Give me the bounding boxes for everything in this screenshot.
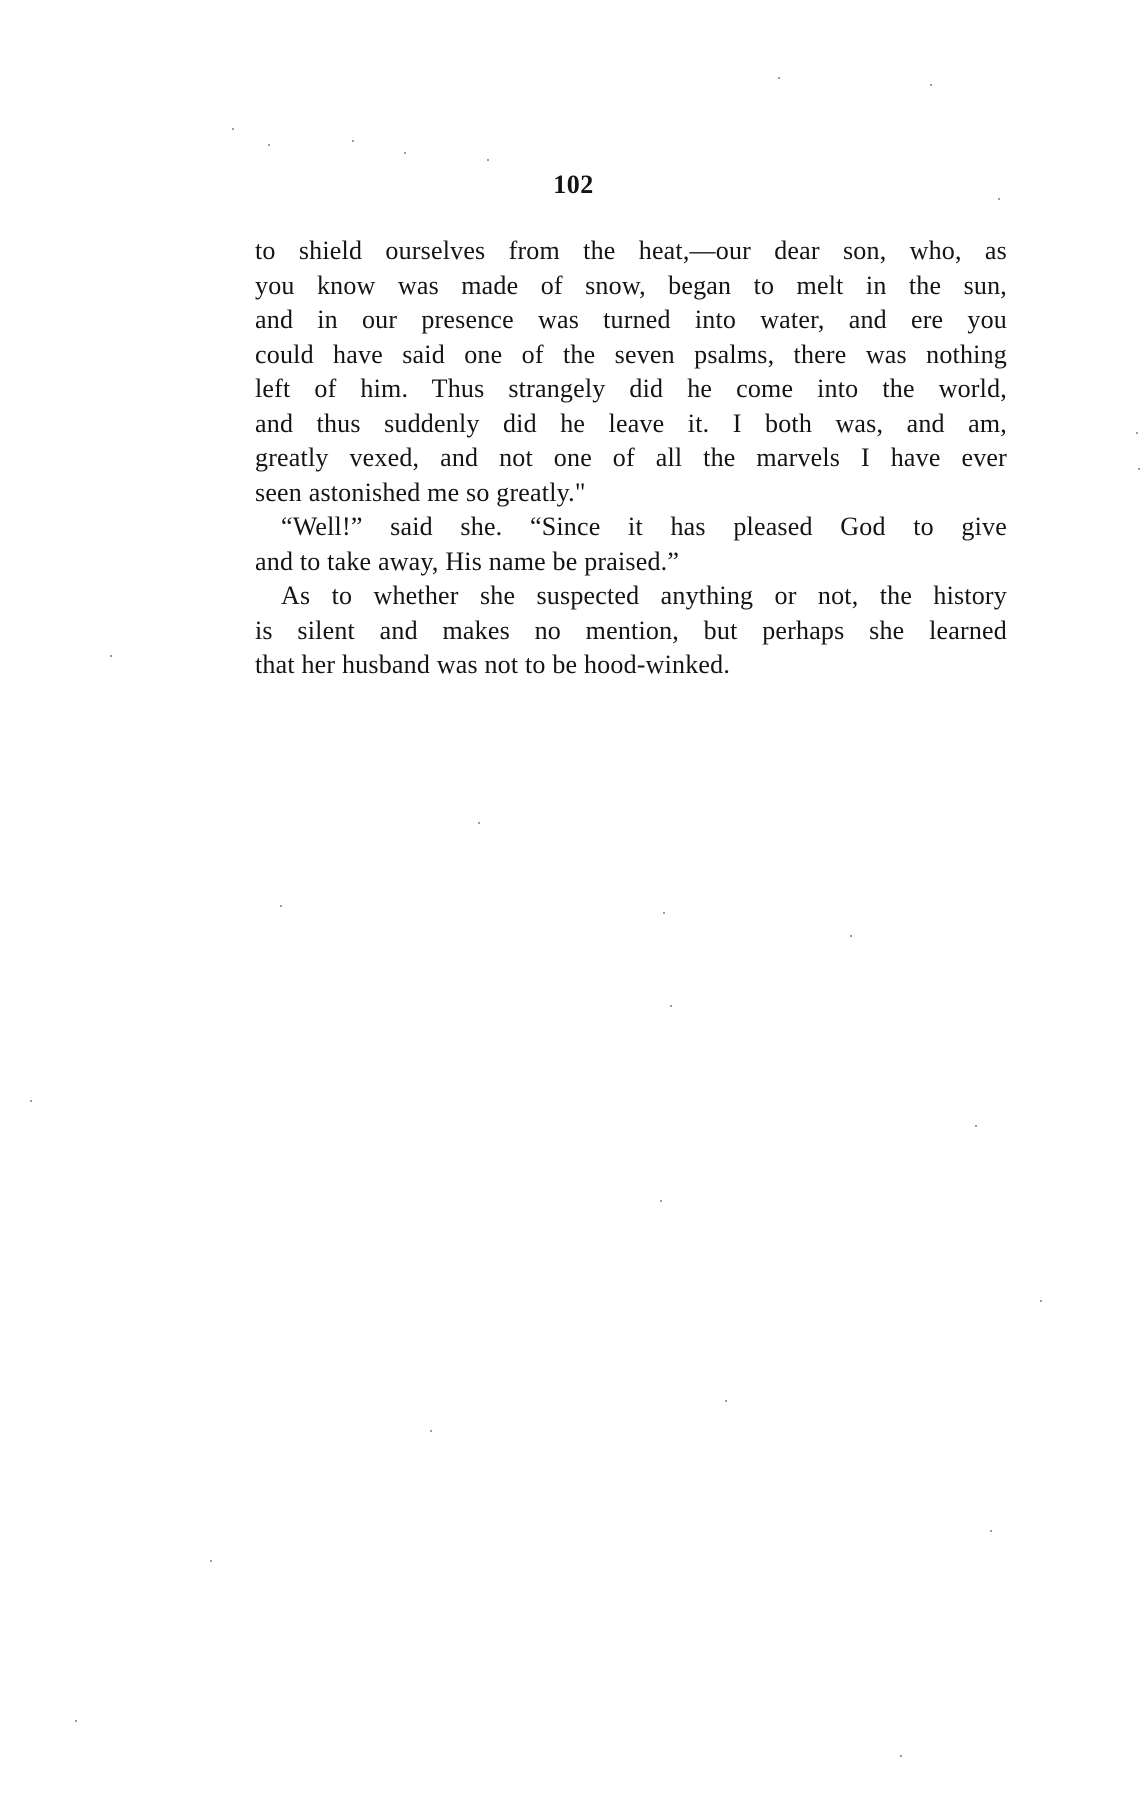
- speck: [487, 159, 489, 161]
- body-text: to shield ourselves from the heat,—our d…: [255, 234, 1007, 683]
- speck: [778, 77, 780, 79]
- text-line: is silent and makes no mention, but perh…: [255, 614, 1007, 649]
- speck: [670, 1005, 672, 1007]
- speck: [930, 84, 932, 86]
- paragraph-2: “Well!” said she. “Since it has pleased …: [255, 510, 1007, 579]
- speck: [430, 1430, 432, 1432]
- speck: [268, 144, 270, 146]
- speck: [900, 1755, 902, 1757]
- paragraph-1: to shield ourselves from the heat,—our d…: [255, 234, 1007, 510]
- speck: [663, 912, 665, 914]
- book-page: 102 to shield ourselves from the heat,—o…: [0, 0, 1147, 1793]
- speck: [1040, 1300, 1042, 1302]
- paragraph-3: As to whether she suspected anything or …: [255, 579, 1007, 683]
- text-line: could have said one of the seven psalms,…: [255, 338, 1007, 373]
- speck: [990, 1530, 992, 1532]
- speck: [998, 198, 1000, 200]
- speck: [1136, 432, 1138, 434]
- speck: [478, 822, 480, 824]
- speck: [404, 152, 406, 154]
- text-line: greatly vexed, and not one of all the ma…: [255, 441, 1007, 476]
- speck: [280, 905, 282, 907]
- text-line: you know was made of snow, began to melt…: [255, 269, 1007, 304]
- text-line: and to take away, His name be praised.”: [255, 545, 1007, 580]
- text-line: that her husband was not to be hood-wink…: [255, 648, 1007, 683]
- speck: [352, 140, 354, 142]
- speck: [110, 655, 112, 657]
- speck: [660, 1200, 662, 1202]
- speck: [30, 1100, 32, 1102]
- text-line: to shield ourselves from the heat,—our d…: [255, 234, 1007, 269]
- text-line: left of him. Thus strangely did he come …: [255, 372, 1007, 407]
- text-line: and thus suddenly did he leave it. I bot…: [255, 407, 1007, 442]
- speck: [975, 1125, 977, 1127]
- speck: [1138, 468, 1140, 470]
- text-line: “Well!” said she. “Since it has pleased …: [255, 510, 1007, 545]
- speck: [75, 1720, 77, 1722]
- speck: [725, 1400, 727, 1402]
- text-line: As to whether she suspected anything or …: [255, 579, 1007, 614]
- speck: [850, 935, 852, 937]
- page-number: 102: [0, 170, 1147, 200]
- text-line: and in our presence was turned into wate…: [255, 303, 1007, 338]
- speck: [210, 1560, 212, 1562]
- text-line: seen astonished me so greatly.": [255, 476, 1007, 511]
- speck: [232, 128, 234, 130]
